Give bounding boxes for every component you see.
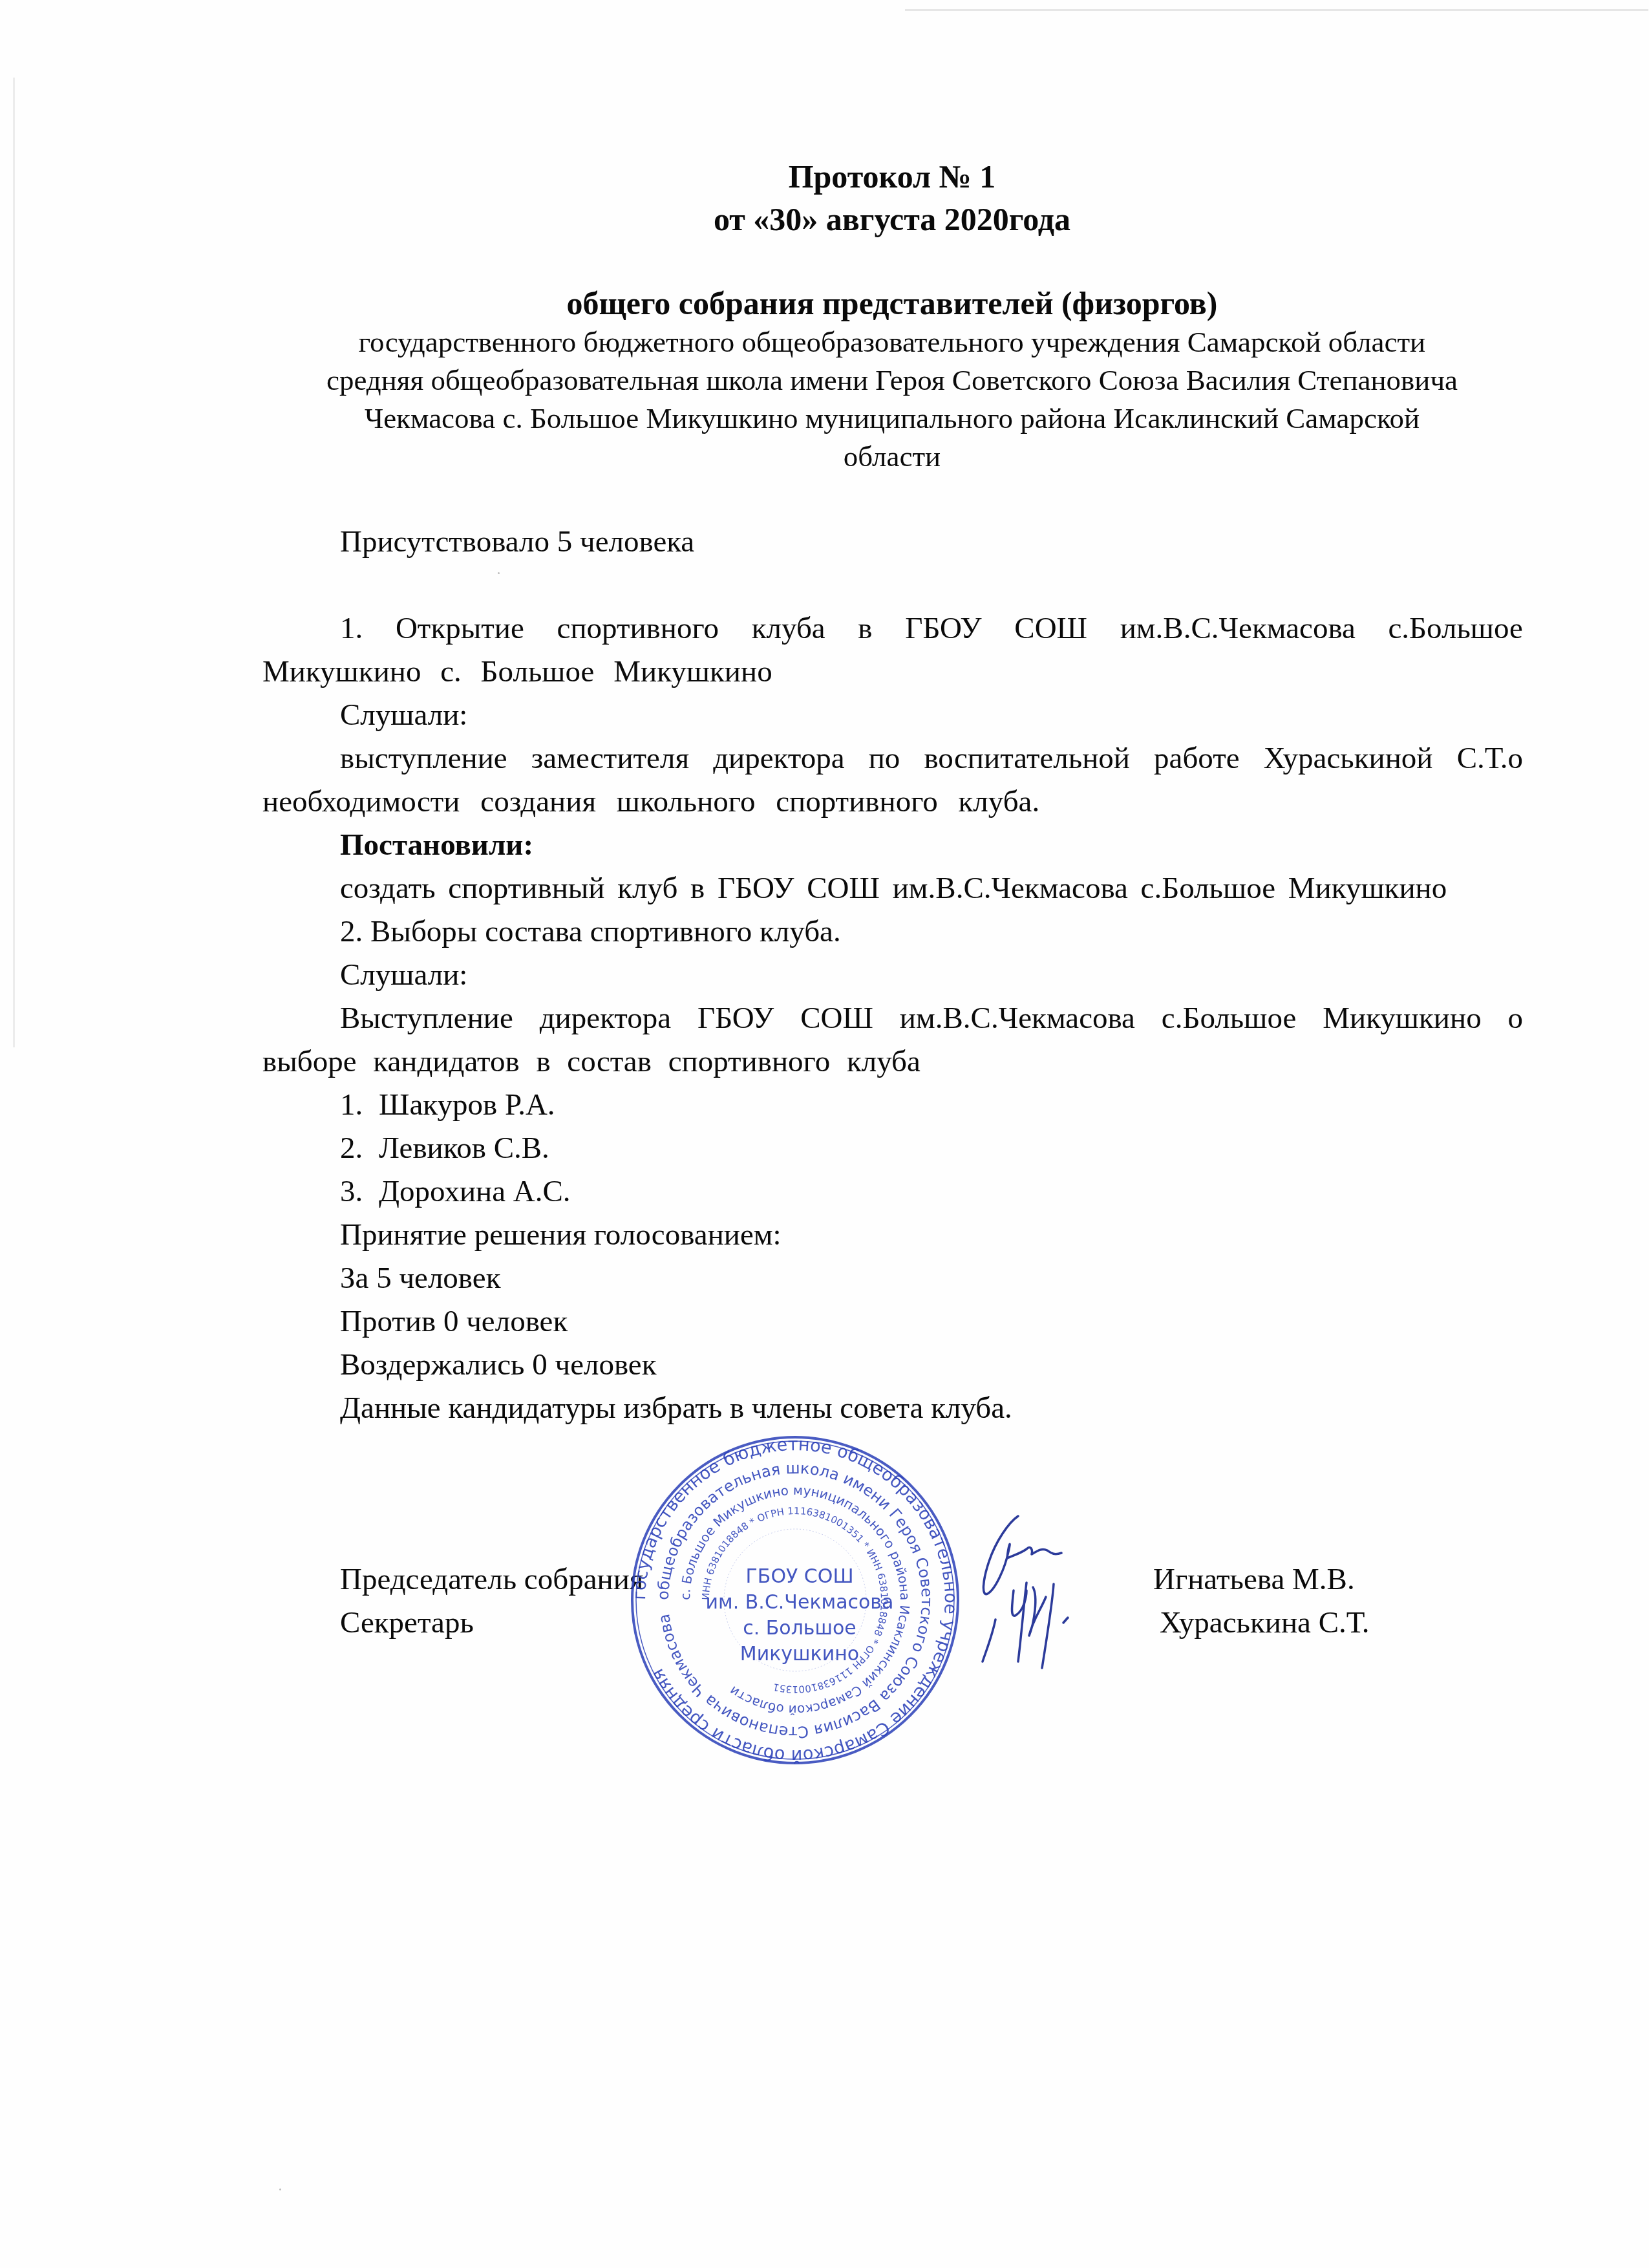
agenda-item-2: 2. Выборы состава спортивного клуба. bbox=[262, 910, 1523, 954]
candidate-item: 3.Дорохина А.С. bbox=[262, 1170, 1523, 1214]
heard-text: Выступление директора ГБОУ СОШ им.В.С.Че… bbox=[262, 997, 1523, 1084]
candidate-name: Шакуров Р.А. bbox=[379, 1088, 555, 1122]
candidate-item: 2.Левиков С.В. bbox=[262, 1127, 1523, 1170]
candidate-number: 1. bbox=[340, 1084, 379, 1127]
vote-abstained: Воздержались 0 человек bbox=[262, 1343, 1523, 1387]
document-page: Протокол № 1 от «30» августа 2020года об… bbox=[0, 0, 1649, 2268]
agenda-item-1: 1. Открытие спортивного клуба в ГБОУ СОШ… bbox=[262, 607, 1523, 694]
attendance-text: Присутствовало 5 человека bbox=[262, 520, 1523, 564]
organization-line: области bbox=[246, 438, 1538, 476]
chair-role: Председатель собрания bbox=[340, 1558, 643, 1601]
secretary-role: Секретарь bbox=[340, 1601, 474, 1645]
chair-name: Игнатьева М.В. bbox=[1153, 1558, 1355, 1601]
vote-for: За 5 человек bbox=[262, 1257, 1523, 1300]
heard-label: Слушали: bbox=[262, 954, 1523, 997]
official-stamp-icon: государственное бюджетное общеобразовате… bbox=[630, 1435, 960, 1765]
stamp-center-line: ГБОУ СОШ bbox=[746, 1565, 854, 1588]
resolved-text: создать спортивный клуб в ГБОУ СОШ им.В.… bbox=[262, 867, 1523, 910]
candidate-name: Дорохина А.С. bbox=[379, 1175, 571, 1208]
scan-speck bbox=[279, 2188, 281, 2190]
document-date: от «30» августа 2020года bbox=[246, 198, 1538, 241]
document-subtitle: общего собрания представителей (физоргов… bbox=[246, 283, 1538, 323]
vote-label: Принятие решения голосованием: bbox=[262, 1214, 1523, 1257]
candidate-number: 3. bbox=[340, 1170, 379, 1214]
spacer bbox=[262, 564, 1523, 607]
scan-edge-left bbox=[13, 78, 15, 1047]
heard-text: выступление заместителя директора по вос… bbox=[262, 737, 1523, 824]
stamp-center-line: им. В.С.Чекмасова bbox=[706, 1591, 894, 1614]
resolved-label: Постановили: bbox=[262, 824, 1523, 867]
organization-line: средняя общеобразовательная школа имени … bbox=[246, 361, 1538, 400]
organization-line: Чекмасова с. Большое Микушкино муниципал… bbox=[246, 400, 1538, 438]
vote-against: Против 0 человек bbox=[262, 1300, 1523, 1343]
document-title: Протокол № 1 bbox=[246, 155, 1538, 198]
candidate-name: Левиков С.В. bbox=[379, 1131, 549, 1165]
secretary-name: Хураськина С.Т. bbox=[1160, 1601, 1370, 1645]
scan-edge-top bbox=[905, 9, 1648, 11]
stamp-center-line: с. Большое bbox=[743, 1617, 856, 1640]
decision-text: Данные кандидатуры избрать в члены совет… bbox=[262, 1387, 1523, 1430]
stamp-center-line: Микушкино bbox=[740, 1643, 859, 1665]
document-header: Протокол № 1 от «30» августа 2020года об… bbox=[246, 155, 1538, 476]
heard-label: Слушали: bbox=[262, 694, 1523, 737]
handwritten-signature-icon bbox=[957, 1506, 1086, 1681]
document-body: Присутствовало 5 человека 1. Открытие сп… bbox=[262, 520, 1523, 1430]
candidate-number: 2. bbox=[340, 1127, 379, 1170]
organization-line: государственного бюджетного общеобразова… bbox=[246, 323, 1538, 361]
candidate-item: 1.Шакуров Р.А. bbox=[262, 1084, 1523, 1127]
